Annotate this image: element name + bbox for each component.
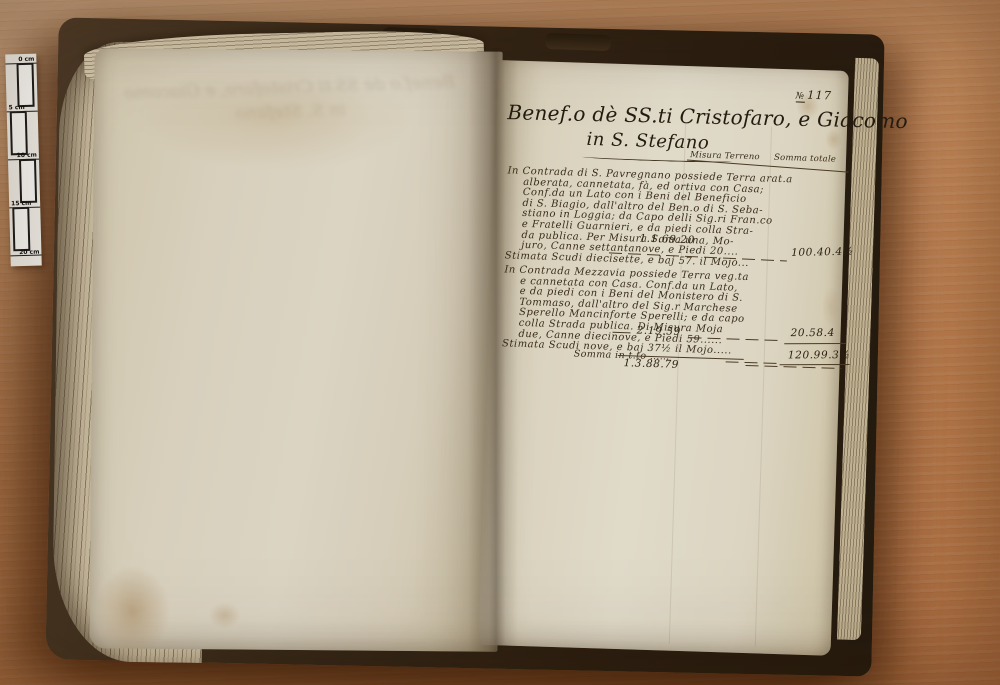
total-underline — [784, 343, 846, 344]
sum-measure-value: 1.3.88.79 — [623, 357, 679, 371]
ruler-segment-box — [16, 63, 34, 107]
photo-scale-ruler: 0 cm 5 cm 10 cm 15 cm 20 cm — [5, 54, 42, 267]
left-blank-page: Benef.o dè SS.ti Cristofaro, e Giacomo i… — [89, 48, 502, 652]
entry-2-text: In Contrada Mezzavia possiede Terra veg.… — [502, 265, 749, 357]
sum-total-value: 120.99.3½ — [788, 349, 850, 361]
entry-1-measure-value: 1.1.69.20 — [639, 233, 695, 247]
ruler-label: 0 cm — [18, 56, 34, 63]
folio-number: №117 — [795, 87, 832, 102]
ruler-label: 5 cm — [9, 104, 25, 111]
column-header-total: Somma totale — [774, 153, 836, 165]
spine-raised-band — [545, 33, 612, 51]
ruler-label: 15 cm — [11, 200, 31, 208]
photo-of-open-manuscript: Benef.o dè SS.ti Cristofaro, e Giacomo i… — [0, 0, 1000, 685]
page-stain — [821, 285, 842, 328]
folio-mark: № — [795, 91, 805, 102]
ledger-dash-line — [746, 365, 842, 369]
ruler-segment-box — [10, 111, 28, 155]
entry-1-total-value: 100.40.4½ — [791, 246, 854, 259]
grand-total-underline — [780, 364, 850, 365]
page-stain — [93, 563, 172, 659]
page-stain — [824, 128, 843, 151]
ruler-label: 10 cm — [17, 152, 37, 160]
manuscript-page: №117 Benef.o dè SS.ti Cristofaro, e Giac… — [479, 60, 849, 656]
ruler-label: 20 cm — [19, 249, 39, 257]
ledger-dash-line — [726, 361, 780, 364]
ink-bleedthrough-text: Benef.o dè SS.ti Cristofaro, e Giacomo i… — [119, 70, 460, 130]
ruler-segment-box — [19, 159, 37, 203]
entry-2-measure-value: 2.19.59 — [636, 325, 681, 338]
page-stain — [208, 601, 242, 629]
ruler-segment-box — [12, 207, 30, 251]
entry-2-total-value: 20.58.4 — [791, 327, 835, 339]
